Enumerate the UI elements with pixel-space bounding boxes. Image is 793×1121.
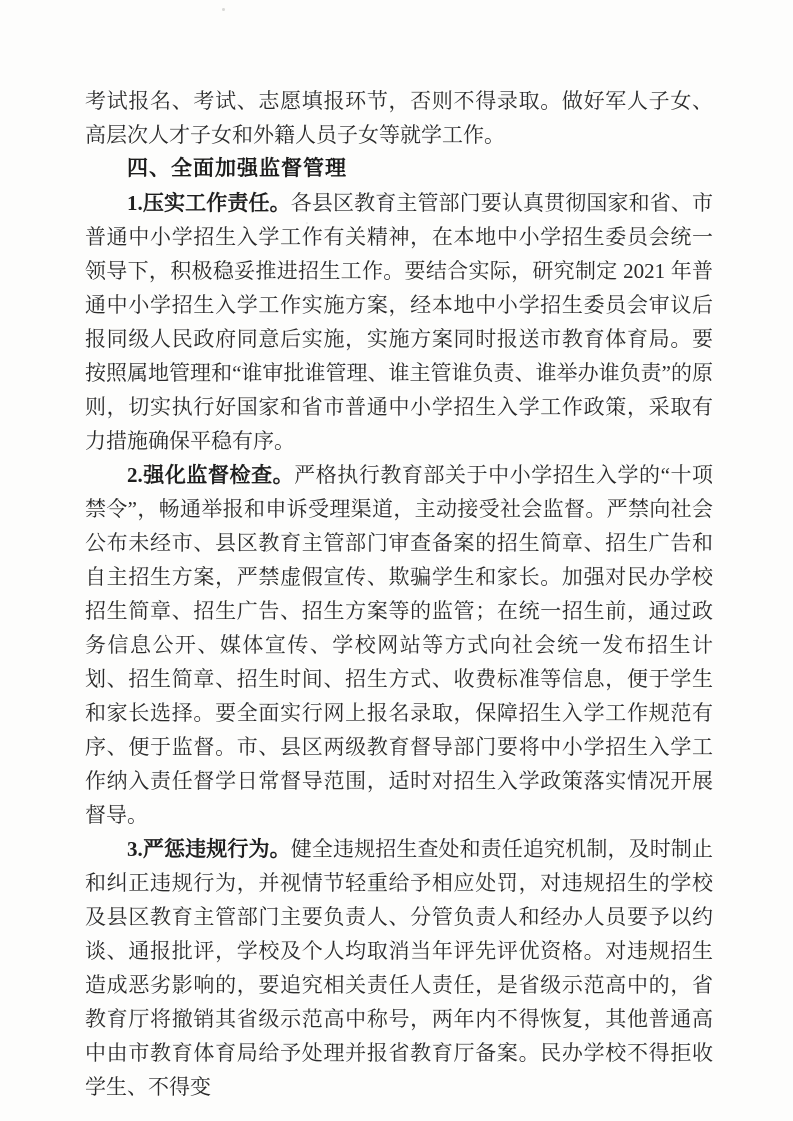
item-2-lead: 2.强化监督检查。 <box>127 463 294 487</box>
scan-speck <box>306 222 308 224</box>
paragraph-item-1: 1.压实工作责任。各县区教育主管部门要认真贯彻国家和省、市普通中小学招生入学工作… <box>85 186 713 458</box>
scan-speck <box>240 1042 242 1044</box>
item-1-text: 各县区教育主管部门要认真贯彻国家和省、市普通中小学招生入学工作有关精神，在本地中… <box>85 191 713 453</box>
section-heading: 四、全面加强监督管理 <box>85 152 713 186</box>
item-1-lead: 1.压实工作责任。 <box>127 191 291 215</box>
paragraph-item-3: 3.严惩违规行为。健全违规招生查处和责任追究机制，及时制止和纠正违规行为，并视情… <box>85 832 713 1104</box>
paragraph-continuation-text: 考试报名、考试、志愿填报环节，否则不得录取。做好军人子女、高层次人才子女和外籍人… <box>85 89 713 147</box>
scan-speck <box>222 8 225 11</box>
section-heading-text: 四、全面加强监督管理 <box>127 157 347 180</box>
item-3-text: 健全违规招生查处和责任追究机制，及时制止和纠正违规行为，并视情节轻重给予相应处罚… <box>85 837 713 1099</box>
document-page: 考试报名、考试、志愿填报环节，否则不得录取。做好军人子女、高层次人才子女和外籍人… <box>0 0 793 1121</box>
paragraph-continuation: 考试报名、考试、志愿填报环节，否则不得录取。做好军人子女、高层次人才子女和外籍人… <box>85 84 713 152</box>
document-body: 考试报名、考试、志愿填报环节，否则不得录取。做好军人子女、高层次人才子女和外籍人… <box>85 84 713 1104</box>
paragraph-item-2: 2.强化监督检查。严格执行教育部关于中小学招生入学的“十项禁令”，畅通举报和申诉… <box>85 458 713 832</box>
item-2-text: 严格执行教育部关于中小学招生入学的“十项禁令”，畅通举报和申诉受理渠道，主动接受… <box>85 463 713 827</box>
item-3-lead: 3.严惩违规行为。 <box>127 837 291 861</box>
